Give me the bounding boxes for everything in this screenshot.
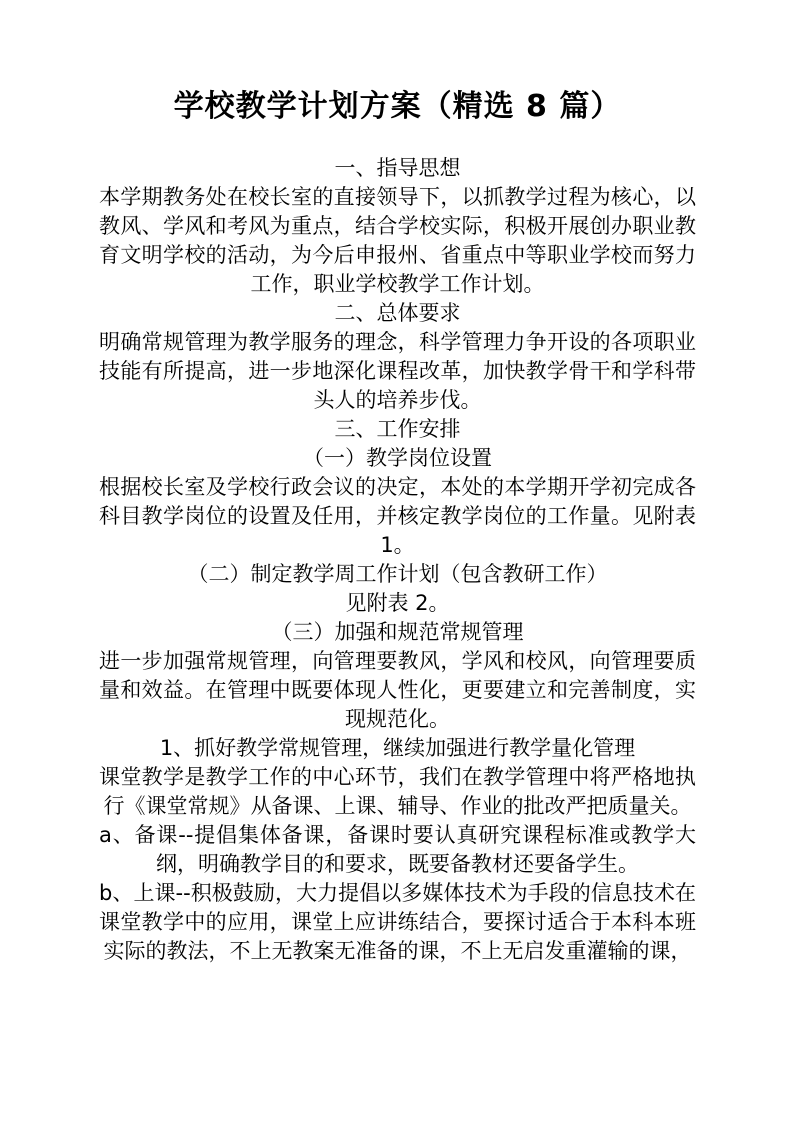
document-page: 学校教学计划方案（精选 8 篇） 一、指导思想本学期教务处在校长室的直接领导下，… [0,0,793,1122]
body-paragraph: b、上课--积极鼓励，大力提倡以多媒体技术为手段的信息技术在课堂教学中的应用，课… [99,879,696,966]
section-heading: 二、总体要求 [99,299,696,328]
body-paragraph: 进一步加强常规管理，向管理要教风，学风和校风，向管理要质量和效益。在管理中既要体… [99,647,696,734]
section-heading: （三）加强和规范常规管理 [99,618,696,647]
section-heading: 三、工作安排 [99,415,696,444]
section-heading: 1、抓好教学常规管理，继续加强进行教学量化管理 [99,734,696,763]
section-heading: （二）制定教学周工作计划（包含教研工作） [99,560,696,589]
body-paragraph: 课堂教学是教学工作的中心环节，我们在教学管理中将严格地执行《课堂常规》从备课、上… [99,763,696,821]
document-title: 学校教学计划方案（精选 8 篇） [99,86,696,128]
section-heading: 一、指导思想 [99,154,696,183]
body-paragraph: 根据校长室及学校行政会议的决定，本处的本学期开学初完成各科目教学岗位的设置及任用… [99,473,696,560]
document-body: 一、指导思想本学期教务处在校长室的直接领导下，以抓教学过程为核心，以教风、学风和… [99,154,696,966]
body-paragraph: a、备课--提倡集体备课，备课时要认真研究课程标准或教学大纲，明确教学目的和要求… [99,821,696,879]
section-heading: 见附表 2。 [99,589,696,618]
section-heading: （一）教学岗位设置 [99,444,696,473]
body-paragraph: 本学期教务处在校长室的直接领导下，以抓教学过程为核心，以教风、学风和考风为重点，… [99,183,696,299]
body-paragraph: 明确常规管理为教学服务的理念，科学管理力争开设的各项职业技能有所提高，进一步地深… [99,328,696,415]
